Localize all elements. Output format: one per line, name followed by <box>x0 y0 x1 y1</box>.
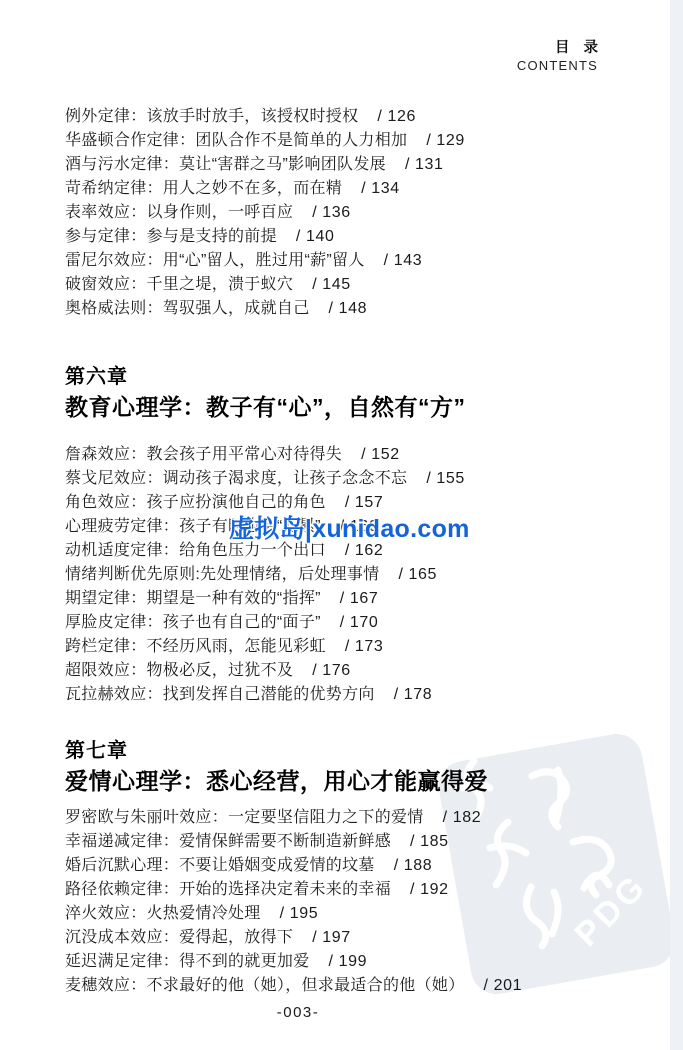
toc-entry-label: 破窗效应：千里之堤，溃于蚁穴 <box>65 276 293 293</box>
toc-list-top: 例外定律：该放手时放手，该授权时授权/ 126 华盛顿合作定律：团队合作不是简单… <box>65 105 465 321</box>
toc-entry-label: 超限效应：物极必反，过犹不及 <box>65 662 293 679</box>
toc-entry-label: 淬火效应：火热爱情冷处理 <box>65 905 261 922</box>
toc-entry: 瓦拉赫效应：找到发挥自己潜能的优势方向/ 178 <box>65 683 465 707</box>
toc-entry-page: / 199 <box>329 953 368 970</box>
toc-entry-page: / 176 <box>312 662 351 679</box>
toc-entry: 情绪判断优先原则:先处理情绪，后处理事情/ 165 <box>65 563 465 587</box>
toc-entry-label: 情绪判断优先原则:先处理情绪，后处理事情 <box>65 566 379 583</box>
toc-title-english: CONTENTS <box>517 57 598 74</box>
toc-entry: 路径依赖定律：开始的选择决定着未来的幸福/ 192 <box>65 878 522 902</box>
toc-entry-page: / 178 <box>394 686 433 703</box>
toc-entry: 酒与污水定律：莫让“害群之马”影响团队发展/ 131 <box>65 153 465 177</box>
toc-entry-page: / 170 <box>340 614 379 631</box>
toc-entry: 表率效应：以身作则，一呼百应/ 136 <box>65 201 465 225</box>
toc-entry-label: 罗密欧与朱丽叶效应：一定要坚信阻力之下的爱情 <box>65 809 424 826</box>
toc-entry: 奥格威法则：驾驭强人，成就自己/ 148 <box>65 297 465 321</box>
toc-entry-label: 雷尼尔效应：用“心”留人，胜过用“薪”留人 <box>65 252 365 269</box>
toc-entry-label: 路径依赖定律：开始的选择决定着未来的幸福 <box>65 881 391 898</box>
toc-entry-label: 苛希纳定律：用人之妙不在多，而在精 <box>65 180 342 197</box>
toc-entry: 婚后沉默心理：不要让婚姻变成爱情的坟墓/ 188 <box>65 854 522 878</box>
toc-entry-label: 瓦拉赫效应：找到发挥自己潜能的优势方向 <box>65 686 375 703</box>
toc-entry-page: / 148 <box>329 300 368 317</box>
toc-entry: 例外定律：该放手时放手，该授权时授权/ 126 <box>65 105 465 129</box>
toc-entry: 雷尼尔效应：用“心”留人，胜过用“薪”留人/ 143 <box>65 249 465 273</box>
toc-entry-page: / 173 <box>345 638 384 655</box>
toc-entry: 厚脸皮定律：孩子也有自己的“面子”/ 170 <box>65 611 465 635</box>
toc-entry-label: 婚后沉默心理：不要让婚姻变成爱情的坟墓 <box>65 857 375 874</box>
toc-entry: 幸福递减定律：爱情保鲜需要不断制造新鲜感/ 185 <box>65 830 522 854</box>
toc-entry-label: 例外定律：该放手时放手，该授权时授权 <box>65 108 358 125</box>
toc-entry-page: / 182 <box>443 809 482 826</box>
chapter-title: 教育心理学：教子有“心”，自然有“方” <box>65 391 466 423</box>
toc-entry-page: / 167 <box>340 590 379 607</box>
toc-entry: 苛希纳定律：用人之妙不在多，而在精/ 134 <box>65 177 465 201</box>
toc-entry-page: / 126 <box>377 108 416 125</box>
toc-entry-page: / 195 <box>280 905 319 922</box>
toc-entry-label: 酒与污水定律：莫让“害群之马”影响团队发展 <box>65 156 386 173</box>
site-watermark: 虚拟岛|xunidao.com <box>229 509 470 545</box>
toc-entry-label: 詹森效应：教会孩子用平常心对待得失 <box>65 446 342 463</box>
chapter-number: 第六章 <box>65 364 466 391</box>
toc-entry-page: / 165 <box>398 566 437 583</box>
page-edge-band <box>670 0 683 1050</box>
toc-entry-page: / 152 <box>361 446 400 463</box>
toc-entry-label: 期望定律：期望是一种有效的“指挥” <box>65 590 321 607</box>
toc-entry: 罗密欧与朱丽叶效应：一定要坚信阻力之下的爱情/ 182 <box>65 806 522 830</box>
toc-entry: 破窗效应：千里之堤，溃于蚁穴/ 145 <box>65 273 465 297</box>
toc-entry: 华盛顿合作定律：团队合作不是简单的人力相加/ 129 <box>65 129 465 153</box>
toc-entry-label: 奥格威法则：驾驭强人，成就自己 <box>65 300 310 317</box>
toc-entry: 淬火效应：火热爱情冷处理/ 195 <box>65 902 522 926</box>
toc-entry: 沉没成本效应：爱得起，放得下/ 197 <box>65 926 522 950</box>
toc-entry-page: / 143 <box>384 252 423 269</box>
toc-entry-label: 幸福递减定律：爱情保鲜需要不断制造新鲜感 <box>65 833 391 850</box>
toc-entry-label: 延迟满足定律：得不到的就更加爱 <box>65 953 310 970</box>
toc-entry-page: / 131 <box>405 156 444 173</box>
toc-entry-page: / 155 <box>426 470 465 487</box>
toc-title-chinese: 目 录 <box>517 40 603 56</box>
toc-entry-label: 厚脸皮定律：孩子也有自己的“面子” <box>65 614 321 631</box>
toc-entry: 期望定律：期望是一种有效的“指挥”/ 167 <box>65 587 465 611</box>
toc-entry: 参与定律：参与是支持的前提/ 140 <box>65 225 465 249</box>
chapter-number: 第七章 <box>65 738 488 765</box>
toc-entry-page: / 201 <box>484 977 523 994</box>
toc-entry-page: / 188 <box>394 857 433 874</box>
toc-entry-label: 表率效应：以身作则，一呼百应 <box>65 204 293 221</box>
page-number: -003- <box>0 1004 596 1021</box>
toc-entry-page: / 136 <box>312 204 351 221</box>
toc-entry-page: / 134 <box>361 180 400 197</box>
toc-entry-label: 蔡戈尼效应：调动孩子渴求度，让孩子念念不忘 <box>65 470 407 487</box>
toc-entry: 延迟满足定律：得不到的就更加爱/ 199 <box>65 950 522 974</box>
toc-entry-page: / 140 <box>296 228 335 245</box>
toc-entry-page: / 129 <box>426 132 465 149</box>
toc-entry: 詹森效应：教会孩子用平常心对待得失/ 152 <box>65 443 465 467</box>
toc-entry-page: / 192 <box>410 881 449 898</box>
toc-entry: 麦穗效应：不求最好的他（她），但求最适合的他（她）/ 201 <box>65 974 522 998</box>
toc-entry-label: 沉没成本效应：爱得起，放得下 <box>65 929 293 946</box>
toc-entry: 蔡戈尼效应：调动孩子渴求度，让孩子念念不忘/ 155 <box>65 467 465 491</box>
toc-entry-label: 麦穗效应：不求最好的他（她），但求最适合的他（她） <box>65 977 465 994</box>
toc-entry-page: / 145 <box>312 276 351 293</box>
toc-entry-page: / 197 <box>312 929 351 946</box>
toc-list-chapter-six: 詹森效应：教会孩子用平常心对待得失/ 152 蔡戈尼效应：调动孩子渴求度，让孩子… <box>65 443 465 707</box>
chapter-title: 爱情心理学：悉心经营，用心才能赢得爱 <box>65 765 488 797</box>
toc-entry-label: 跨栏定律：不经历风雨，怎能见彩虹 <box>65 638 326 655</box>
toc-entry-label: 华盛顿合作定律：团队合作不是简单的人力相加 <box>65 132 407 149</box>
chapter-six-heading: 第六章 教育心理学：教子有“心”，自然有“方” <box>65 364 466 423</box>
toc-entry: 超限效应：物极必反，过犹不及/ 176 <box>65 659 465 683</box>
toc-entry-page: / 185 <box>410 833 449 850</box>
page-header: 目 录 CONTENTS <box>517 40 598 74</box>
toc-entry: 跨栏定律：不经历风雨，怎能见彩虹/ 173 <box>65 635 465 659</box>
chapter-seven-heading: 第七章 爱情心理学：悉心经营，用心才能赢得爱 <box>65 738 488 797</box>
toc-entry-label: 参与定律：参与是支持的前提 <box>65 228 277 245</box>
toc-list-chapter-seven: 罗密欧与朱丽叶效应：一定要坚信阻力之下的爱情/ 182 幸福递减定律：爱情保鲜需… <box>65 806 522 998</box>
